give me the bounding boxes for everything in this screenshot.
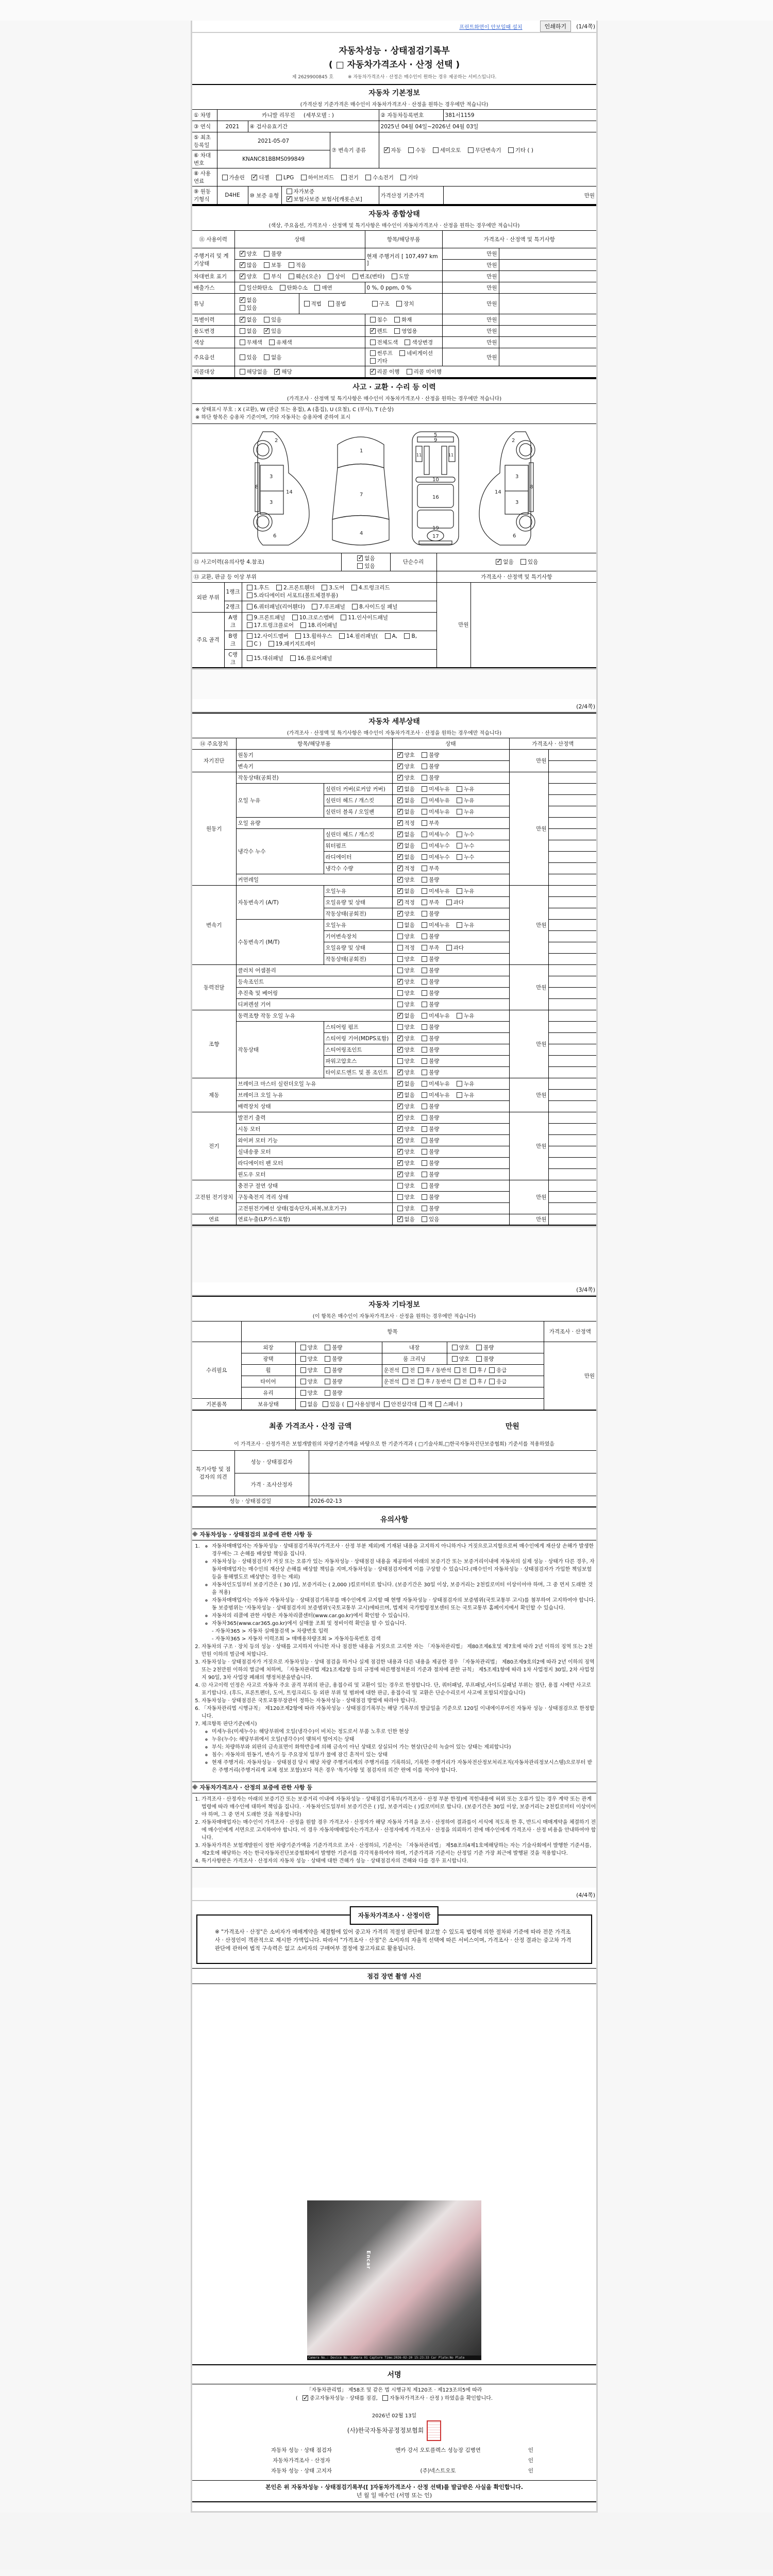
room-cleaning-label: 룸 크리닝 xyxy=(382,1353,447,1365)
option-label: 없음 xyxy=(247,328,257,334)
checkbox[interactable] xyxy=(435,1401,441,1407)
option-label: 누수 xyxy=(464,843,474,849)
checkbox[interactable] xyxy=(457,1081,462,1087)
checkbox[interactable] xyxy=(274,369,280,375)
checkbox[interactable] xyxy=(422,1172,427,1177)
checkbox[interactable] xyxy=(422,1194,427,1200)
checkbox[interactable] xyxy=(397,1104,403,1109)
option-label: 11.인사이드패널 xyxy=(348,615,388,621)
checkbox[interactable] xyxy=(370,340,376,345)
checkbox[interactable] xyxy=(397,1092,403,1098)
checkbox[interactable] xyxy=(292,615,298,620)
item-label: 브레이크 오일 누유 xyxy=(236,1089,392,1100)
checkbox[interactable] xyxy=(325,1390,330,1396)
checkbox[interactable] xyxy=(422,979,427,985)
basic-info-table: ① 차명 카니발 리무진 (세부모델 : ) ② 자동차등록번호 381서115… xyxy=(192,109,596,205)
checkbox[interactable] xyxy=(397,1115,403,1121)
checkbox[interactable] xyxy=(397,1194,403,1200)
section-note: (이 항목은 매수인이 자동차가격조사 · 산정을 원하는 경우에만 적습니다) xyxy=(192,1310,596,1321)
checkbox[interactable] xyxy=(397,968,403,973)
left-side-view: 2338146 xyxy=(254,432,309,545)
checkbox[interactable] xyxy=(508,147,514,153)
checkbox[interactable] xyxy=(357,555,363,561)
checkbox[interactable] xyxy=(397,922,403,928)
checkbox[interactable] xyxy=(422,1081,427,1087)
note-item: 「자동차관리법 시행규칙」 제120조제2항에 따라 자동차성능 · 상태점검기… xyxy=(201,1705,596,1720)
checkbox[interactable] xyxy=(457,798,462,803)
option-label: 기타 xyxy=(408,175,418,181)
option-label: 불량 xyxy=(429,1115,439,1121)
checkbox[interactable] xyxy=(341,615,346,620)
checkbox[interactable] xyxy=(397,1070,403,1075)
checkbox[interactable] xyxy=(397,1047,403,1053)
checkbox[interactable] xyxy=(422,1092,427,1098)
checkbox[interactable] xyxy=(397,1138,403,1143)
checkbox[interactable] xyxy=(397,1172,403,1177)
checkbox[interactable] xyxy=(457,1092,462,1098)
checkbox[interactable] xyxy=(222,175,228,180)
checkbox[interactable] xyxy=(325,1345,330,1350)
group-label: 연료 xyxy=(192,1214,236,1225)
checkbox[interactable] xyxy=(422,866,427,871)
checkbox[interactable] xyxy=(247,604,253,609)
checkbox[interactable] xyxy=(422,775,427,781)
checkbox[interactable] xyxy=(397,786,403,792)
checkbox[interactable] xyxy=(397,1183,403,1189)
checkbox[interactable] xyxy=(457,843,462,849)
checkbox[interactable] xyxy=(300,1367,306,1373)
checkbox[interactable] xyxy=(247,641,253,647)
note-item: 자동차가격은 보험개발원이 정한 차량기준가액을 기준가격으로 조사 · 산정하… xyxy=(201,1842,596,1857)
checkbox[interactable] xyxy=(422,900,427,905)
checkbox[interactable] xyxy=(289,262,294,268)
checkbox[interactable] xyxy=(468,147,474,153)
item-label: 클러치 어셈블리 xyxy=(236,964,392,976)
price-unit: 만원 xyxy=(509,1214,548,1225)
checkbox[interactable] xyxy=(240,354,245,360)
item-label: 충전구 절연 상태 xyxy=(236,1180,392,1191)
checkbox[interactable] xyxy=(422,911,427,917)
option-label: 장치 xyxy=(404,301,414,307)
interior-label: 내장 xyxy=(382,1342,447,1353)
notes-subtitle: ※ 자동차성능 · 상태점검의 보증에 관한 사항 등 xyxy=(192,1529,596,1540)
svg-text:3: 3 xyxy=(515,500,518,505)
checkbox[interactable] xyxy=(370,350,376,356)
checkbox[interactable] xyxy=(418,1367,424,1373)
checkbox[interactable] xyxy=(422,820,427,826)
checkbox[interactable] xyxy=(422,809,427,815)
wheel-position: 운전석전후 / 동반석전후 /응급 xyxy=(382,1365,544,1376)
option-label: 불량 xyxy=(429,1149,439,1155)
label: ① 차명 xyxy=(192,110,217,121)
checkbox[interactable] xyxy=(422,877,427,883)
checkbox[interactable] xyxy=(402,1367,408,1373)
checkbox[interactable] xyxy=(269,340,275,345)
checkbox[interactable] xyxy=(394,317,400,323)
checkbox[interactable] xyxy=(405,340,410,345)
checkbox[interactable] xyxy=(397,1206,403,1211)
checkbox[interactable] xyxy=(240,285,245,291)
checkbox[interactable] xyxy=(470,1367,476,1373)
notes-section: ※ 자동차성능 · 상태점검의 보증에 관한 사항 등 자동차매매업자는 자동차… xyxy=(192,1529,596,1865)
checkbox[interactable] xyxy=(397,1024,403,1030)
sub-item-label: 파워고압호스 xyxy=(324,1055,392,1066)
checkbox[interactable] xyxy=(422,1058,427,1064)
header-cell: 상태 xyxy=(234,231,365,248)
checkbox[interactable] xyxy=(247,655,253,661)
checkbox[interactable] xyxy=(240,297,245,303)
checkbox[interactable] xyxy=(422,832,427,837)
checkbox[interactable] xyxy=(300,622,306,628)
checkbox[interactable] xyxy=(290,655,296,661)
checkbox[interactable] xyxy=(295,633,301,639)
option-label: 미세누수 xyxy=(429,843,450,849)
svg-text:11: 11 xyxy=(416,453,422,457)
checkbox[interactable] xyxy=(422,1126,427,1132)
checkbox[interactable] xyxy=(397,956,403,962)
checkbox[interactable] xyxy=(457,809,462,815)
opinion-table: 특기사항 및 점검자의 의견 성능 · 상태점검자 가격 · 조사산정자 성능 … xyxy=(192,1450,596,1508)
checkbox[interactable] xyxy=(470,1379,476,1384)
checkbox[interactable] xyxy=(397,1216,403,1222)
checkbox[interactable] xyxy=(300,1390,306,1396)
section-title: 자동차 기본정보 xyxy=(192,88,596,98)
checkbox[interactable] xyxy=(264,251,270,257)
checkbox[interactable] xyxy=(422,1149,427,1155)
option-label: 양호 xyxy=(247,251,257,257)
price-unit: 만원 xyxy=(509,772,548,885)
option-label: 불량 xyxy=(332,1367,342,1374)
checkbox[interactable] xyxy=(422,1183,427,1189)
item-label: 와이퍼 모터 기능 xyxy=(236,1134,392,1146)
table-row: 제동브레이크 마스터 실린더오일 누유없음 미세누유 누유만원 xyxy=(192,1078,596,1089)
checkbox[interactable] xyxy=(397,820,403,826)
option-label: 리콜 이행 xyxy=(377,369,400,375)
checkbox[interactable] xyxy=(264,274,270,279)
checkbox[interactable] xyxy=(385,633,391,639)
option-label: 없음 xyxy=(405,888,415,894)
checkbox[interactable] xyxy=(276,585,282,590)
checkbox[interactable] xyxy=(247,633,253,639)
checkbox[interactable] xyxy=(240,328,245,334)
option-label: 매연 xyxy=(322,285,332,291)
checkbox[interactable] xyxy=(325,1356,330,1362)
checkbox[interactable] xyxy=(392,274,397,279)
checkbox[interactable] xyxy=(325,1379,330,1384)
checkbox[interactable] xyxy=(418,1379,424,1384)
checkbox[interactable] xyxy=(268,641,274,647)
checkbox[interactable] xyxy=(397,866,403,871)
checkbox[interactable] xyxy=(289,274,294,279)
checkbox[interactable] xyxy=(422,786,427,792)
seal-mark: 인 xyxy=(523,2467,539,2475)
checkbox[interactable] xyxy=(276,175,282,180)
checkbox[interactable] xyxy=(397,900,403,905)
checkbox[interactable] xyxy=(397,752,403,758)
option-label: 불량 xyxy=(429,1138,439,1144)
checkbox[interactable] xyxy=(397,1081,403,1087)
option-label: 양호 xyxy=(459,1356,469,1362)
checkbox[interactable] xyxy=(422,990,427,996)
option-label: 불량 xyxy=(429,1206,439,1212)
checkbox[interactable] xyxy=(397,1036,403,1041)
checkbox[interactable] xyxy=(240,251,245,257)
checkbox[interactable] xyxy=(489,1379,495,1384)
checkbox[interactable] xyxy=(301,175,307,180)
checkbox[interactable] xyxy=(422,888,427,894)
final-price-unit: 만원 xyxy=(506,1421,519,1431)
checkbox[interactable] xyxy=(370,317,376,323)
section-title: 자동차 기타정보 xyxy=(192,1299,596,1310)
option-label: 4.트렁크리드 xyxy=(359,585,390,591)
checkbox[interactable] xyxy=(251,175,257,180)
checkbox[interactable] xyxy=(370,358,376,364)
checkbox[interactable] xyxy=(397,1013,403,1019)
checkbox[interactable] xyxy=(384,1401,390,1407)
checkbox[interactable] xyxy=(397,832,403,837)
checkbox[interactable] xyxy=(328,274,333,279)
note-item: 자동차성능 · 상태점검자가 거짓으로 자동차성능 · 상태 점검을 하거나 실… xyxy=(201,1658,596,1682)
checkbox[interactable] xyxy=(422,934,427,939)
checkbox[interactable] xyxy=(397,854,403,860)
checkbox[interactable] xyxy=(422,968,427,973)
checkbox[interactable] xyxy=(240,305,245,311)
checkbox[interactable] xyxy=(422,1104,427,1109)
checkbox[interactable] xyxy=(422,1115,427,1121)
checkbox[interactable] xyxy=(370,369,376,375)
checkbox[interactable] xyxy=(400,175,406,180)
checkbox[interactable] xyxy=(339,633,345,639)
checkbox[interactable] xyxy=(397,979,403,985)
option-label: 화재 xyxy=(401,317,412,323)
model-year: 2021 xyxy=(217,121,248,132)
sub-item-label: 타이로드엔드 및 볼 조인트 xyxy=(324,1066,392,1078)
label: ⑥ 차대 번호 xyxy=(192,150,217,168)
section-title: 유의사항 xyxy=(192,1510,596,1529)
checkbox[interactable] xyxy=(422,1036,427,1041)
checkbox[interactable] xyxy=(365,175,371,180)
option-label: 양호 xyxy=(308,1367,318,1374)
option-label: 양호 xyxy=(405,764,415,770)
checkbox[interactable] xyxy=(357,563,363,569)
option-label: 무채색 xyxy=(247,340,262,346)
checkbox[interactable] xyxy=(264,354,270,360)
table-row: 변속기자동변속기 (A/T)오일누유없음 미세누유 누유만원 xyxy=(192,885,596,896)
checkbox[interactable] xyxy=(264,328,270,334)
checkbox[interactable] xyxy=(422,1002,427,1007)
checkbox[interactable] xyxy=(422,764,427,769)
option-label: 누수 xyxy=(464,854,474,860)
checkbox[interactable] xyxy=(397,798,403,803)
checkbox[interactable] xyxy=(397,809,403,815)
option-label: 리콜 미이행 xyxy=(414,369,442,375)
checkbox[interactable] xyxy=(397,1126,403,1132)
checkbox[interactable] xyxy=(433,147,439,153)
group-label: 동력전달 xyxy=(192,964,236,1010)
checkbox[interactable] xyxy=(404,633,410,639)
svg-text:6: 6 xyxy=(513,533,516,539)
checkbox[interactable] xyxy=(397,934,403,939)
used-car-checkbox[interactable] xyxy=(303,2395,308,2401)
fuel-options: 가솔린 디젤 LPG 하이브리드 전기 수소전기 기타 xyxy=(217,168,596,187)
checkbox[interactable] xyxy=(422,798,427,803)
checkbox[interactable] xyxy=(457,832,462,837)
checkbox[interactable] xyxy=(446,900,452,905)
checkbox[interactable] xyxy=(304,301,310,307)
car-name: 카니발 리무진 xyxy=(262,112,295,118)
checkbox[interactable] xyxy=(422,1013,427,1019)
checkbox[interactable] xyxy=(422,945,427,951)
option-label: 적법 xyxy=(311,301,322,307)
checkbox[interactable] xyxy=(452,1345,458,1350)
checkbox[interactable] xyxy=(312,604,317,609)
option-label: 자가보증 xyxy=(294,189,315,195)
checkbox[interactable] xyxy=(422,956,427,962)
checkbox[interactable] xyxy=(422,1024,427,1030)
checkbox[interactable] xyxy=(455,1367,460,1373)
checkbox[interactable] xyxy=(397,888,403,894)
checkbox[interactable] xyxy=(496,559,501,565)
table-row: 동력전달클러치 어셈블리양호 불량만원 xyxy=(192,964,596,976)
checkbox[interactable] xyxy=(407,369,412,375)
checkbox[interactable] xyxy=(422,922,427,928)
checkbox[interactable] xyxy=(351,585,357,590)
checkbox[interactable] xyxy=(457,922,462,928)
sub-item-label: 라디에이터 xyxy=(324,851,392,862)
checkbox[interactable] xyxy=(264,317,270,323)
warranty-options: 자가보증 보험사보증 보험사[캐롯손보] xyxy=(281,187,379,205)
option-label: 양호 xyxy=(308,1345,318,1351)
checkbox[interactable] xyxy=(300,1345,306,1350)
checkbox[interactable] xyxy=(247,622,253,628)
checkbox[interactable] xyxy=(397,1002,403,1007)
checkbox[interactable] xyxy=(397,911,403,917)
checkbox[interactable] xyxy=(384,147,390,153)
checkbox[interactable] xyxy=(240,340,245,345)
checkbox[interactable] xyxy=(397,1058,403,1064)
label: ⑦ 변속기 종류 xyxy=(330,132,379,168)
item-label: 시동 모터 xyxy=(236,1123,392,1134)
option-label: A, xyxy=(392,633,398,639)
checkbox[interactable] xyxy=(264,262,270,268)
checkbox[interactable] xyxy=(352,604,358,609)
checkbox[interactable] xyxy=(280,285,285,291)
checkbox[interactable] xyxy=(408,147,414,153)
checkbox[interactable] xyxy=(452,1356,458,1362)
checkbox[interactable] xyxy=(396,301,402,307)
checkbox[interactable] xyxy=(347,1401,353,1407)
current-mileage: 현재 주행거리 [ 107,497 km ] xyxy=(365,248,442,271)
checkbox[interactable] xyxy=(247,615,253,620)
checkbox[interactable] xyxy=(300,1379,306,1384)
checkbox[interactable] xyxy=(325,1367,330,1373)
checkbox[interactable] xyxy=(422,1070,427,1075)
install-link[interactable]: 프린트화면이 안보일때 설치 xyxy=(459,23,522,30)
checkbox[interactable] xyxy=(422,752,427,758)
checkbox[interactable] xyxy=(240,317,245,323)
checkbox[interactable] xyxy=(476,1356,482,1362)
checkbox[interactable] xyxy=(457,1013,462,1019)
checkbox[interactable] xyxy=(422,854,427,860)
checkbox[interactable] xyxy=(341,175,347,180)
checkbox[interactable] xyxy=(287,189,292,194)
signatories: 자동차 성능 · 상태 점검자엔카 강서 오토플렉스 성능장 김병연인 자동차가… xyxy=(250,2445,539,2476)
option-label: 양호 xyxy=(405,752,415,758)
checkbox[interactable] xyxy=(397,877,403,883)
checkbox[interactable] xyxy=(372,301,378,307)
checkbox[interactable] xyxy=(240,262,245,268)
checkbox[interactable] xyxy=(328,301,334,307)
checkbox[interactable] xyxy=(520,559,526,565)
option-label: 침수 xyxy=(377,317,388,323)
option-label: 해당없음 xyxy=(247,369,268,375)
checkbox[interactable] xyxy=(422,1138,427,1143)
checkbox[interactable] xyxy=(399,350,405,356)
checkbox[interactable] xyxy=(422,1206,427,1211)
price-unit: 만원 xyxy=(509,1180,548,1214)
checkbox[interactable] xyxy=(370,328,376,334)
price-checkbox[interactable] xyxy=(382,2395,388,2401)
sub-item-label: 오일누유 xyxy=(324,885,392,896)
checkbox[interactable] xyxy=(422,843,427,849)
checkbox[interactable] xyxy=(397,1149,403,1155)
checkbox[interactable] xyxy=(397,775,403,781)
warranty-notes-list: 자동차매매업자는 자동차성능 · 상태점검기록부(가격조사 · 산정 부분 제외… xyxy=(192,1543,596,1774)
checkbox[interactable] xyxy=(323,1401,328,1407)
checkbox[interactable] xyxy=(422,1047,427,1053)
option-label: 양호 xyxy=(405,1149,415,1155)
option-label: 적정 xyxy=(405,820,415,826)
checkbox[interactable] xyxy=(397,843,403,849)
checkbox[interactable] xyxy=(352,274,358,279)
checkbox[interactable] xyxy=(394,328,400,334)
checkbox[interactable] xyxy=(457,888,462,894)
checkbox[interactable] xyxy=(397,990,403,996)
basic-info-heading: 자동차 기본정보 (가격산정 기준가격은 매수인이 자동차가격조사 · 산정을 … xyxy=(192,84,596,109)
checkbox[interactable] xyxy=(397,764,403,769)
option-label: 전기 xyxy=(348,175,359,181)
checkbox[interactable] xyxy=(489,1367,495,1373)
checkbox[interactable] xyxy=(422,1160,427,1166)
checkbox[interactable] xyxy=(247,585,253,590)
checkbox[interactable] xyxy=(457,786,462,792)
checkbox[interactable] xyxy=(287,196,292,202)
checkbox[interactable] xyxy=(314,285,320,291)
checkbox[interactable] xyxy=(300,1356,306,1362)
checkbox[interactable] xyxy=(420,1401,426,1407)
checkbox[interactable] xyxy=(397,945,403,951)
checkbox[interactable] xyxy=(402,1379,408,1384)
checkbox[interactable] xyxy=(422,1216,427,1222)
checkbox[interactable] xyxy=(457,854,462,860)
checkbox[interactable] xyxy=(300,1401,306,1407)
checkbox[interactable] xyxy=(240,274,245,279)
option-label: 6.쿼터패널(리어휀다) xyxy=(254,604,305,610)
checkbox[interactable] xyxy=(322,585,327,590)
checkbox[interactable] xyxy=(446,945,452,951)
row-label: 차대번호 표기 xyxy=(192,271,234,282)
header-cell: 항목/해당부품 xyxy=(236,738,392,749)
checkbox[interactable] xyxy=(397,1160,403,1166)
row-label: 리콜대상 xyxy=(192,366,234,378)
print-button[interactable]: 인쇄하기 xyxy=(540,21,572,32)
option-label: 양호 xyxy=(405,1058,415,1064)
checkbox[interactable] xyxy=(476,1345,482,1350)
option-label: 양호 xyxy=(405,1194,415,1200)
checkbox[interactable] xyxy=(247,592,253,598)
checkbox[interactable] xyxy=(455,1379,460,1384)
checkbox[interactable] xyxy=(240,369,245,375)
